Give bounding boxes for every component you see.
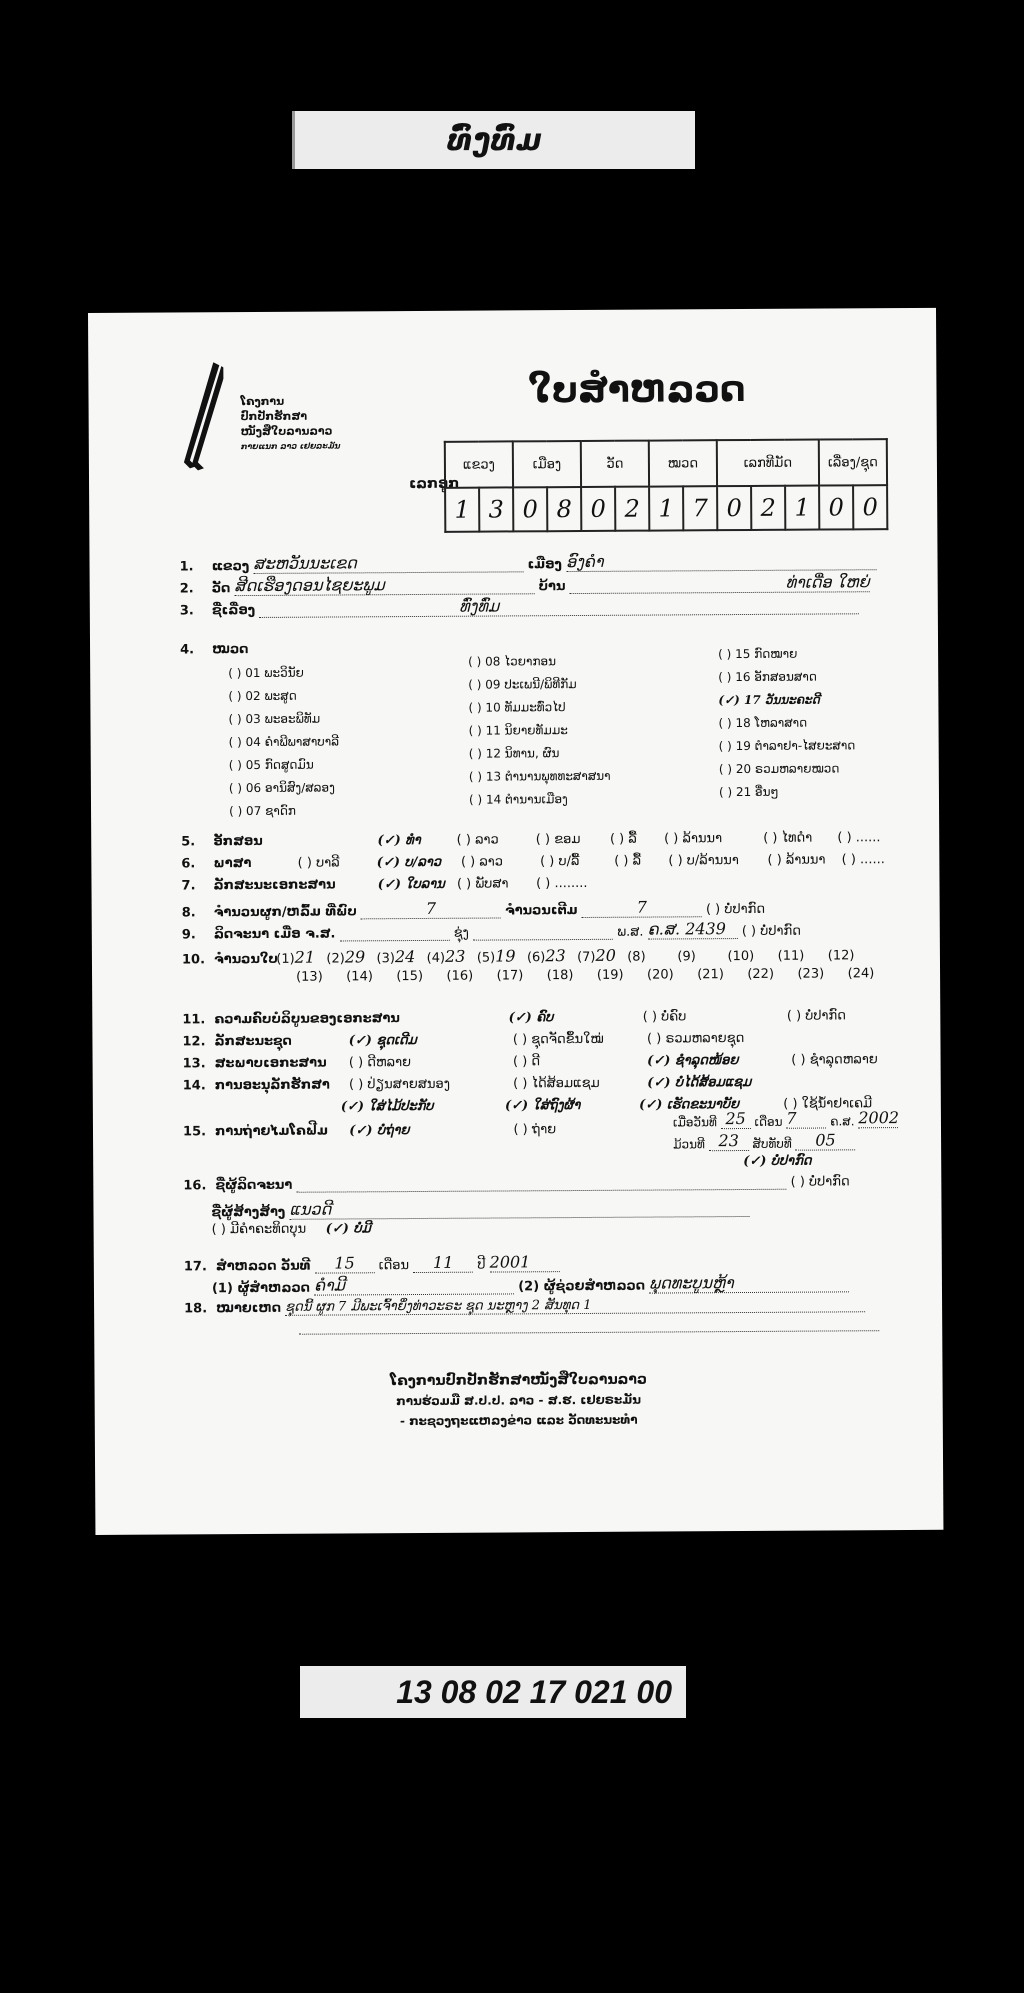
header-title: ທົ່ງທົ່ມ <box>447 123 542 158</box>
field-conservation-row: 14. ການອະນຸລັກຮັກສາ ( ) ປ່ຽນສາຍສນອງ ( ) … <box>183 1075 752 1093</box>
category-column-1: ( ) 01 ພະວິນັຍ ( ) 02 ພະສູດ ( ) 03 ພະອະພ… <box>228 661 339 823</box>
category-option[interactable]: ( ) 06 ອານິສົງ/ສລອງ <box>229 776 340 800</box>
category-column-3: ( ) 15 ກົດໝາຍ ( ) 16 ອັກສອນສາດ (✓) 17 ວັ… <box>718 642 856 804</box>
fascicles-original-field: 7 <box>582 897 702 918</box>
code-header-category: ໝວດ <box>649 440 717 486</box>
temple-field: ສີດເຮືອງດອນໄຊຍະພູມ <box>234 574 534 596</box>
category-option[interactable]: ( ) 09 ປະເພນີ/ພິທີກັມ <box>468 673 610 697</box>
district-field: ອົງຄຳ <box>566 550 876 572</box>
field-province-row: 1. ແຂວງ ສະຫວັນນະເຂດ ເມືອງ ອົງຄຳ <box>179 550 876 574</box>
survey-form-page: ໂຄງການ ປົກປັກຮັກສາ ໜັງສືໃບລານລາວ ກາຍແນກ … <box>88 308 943 1535</box>
code-digit: 3 <box>479 487 513 531</box>
code-header-province: ແຂວງ <box>445 441 513 487</box>
category-column-2: ( ) 08 ໄວຍາກອນ ( ) 09 ປະເພນີ/ພິທີກັມ ( )… <box>468 650 611 812</box>
category-option[interactable]: ( ) 02 ພະສູດ <box>228 684 339 708</box>
language-option[interactable]: ( ) ລ້ານນາ <box>767 852 837 867</box>
project-logo-text: ໂຄງການ ປົກປັກຮັກສາ ໜັງສືໃບລານລາວ ກາຍແນກ … <box>240 393 340 454</box>
category-option[interactable]: ( ) 18 ໂຫລາສາດ <box>718 711 855 735</box>
written-date-field: ຄ.ສ. 2439 <box>648 919 738 940</box>
condition-option[interactable]: ( ) ດີຫລາຍ <box>349 1054 509 1070</box>
code-digit: 1 <box>649 486 683 530</box>
code-header-temple: ວັດ <box>581 441 649 487</box>
code-digit: 0 <box>717 486 751 530</box>
language-option[interactable]: ( ) ລາວ <box>461 854 536 869</box>
code-table: ແຂວງ ເມືອງ ວັດ ໝວດ ເລກທີມັດ ເລື່ອງ/ຊຸດ 1… <box>444 438 889 533</box>
category-option[interactable]: ( ) 21 ອື່ນໆ <box>719 780 856 804</box>
remarks-field: ຊຸດນີ້ ຜູກ 7 ມີພະເຈົ້າຍຶ່ງທ່າວະຣະ ຊຸດ ນະ… <box>285 1296 865 1316</box>
survey-year-field: 2001 <box>490 1252 560 1272</box>
field-temple-row: 2. ວັດ ສີດເຮືອງດອນໄຊຍະພູມ ບ້ານ ທ່າເດື່ອ … <box>180 572 870 596</box>
field-microfilm-row: 15. ການຖ່າຍໄມໂຄຟີມ (✓) ບໍ່ຖ່າຍ ( ) ຖ່າຍ <box>183 1122 644 1140</box>
code-digit: 8 <box>547 487 581 531</box>
category-option[interactable]: ( ) 15 ກົດໝາຍ <box>718 642 855 666</box>
script-option[interactable]: ( ) ລາວ <box>457 832 532 847</box>
completeness-option[interactable]: ( ) ບໍ່ປາກົດ <box>787 1008 846 1023</box>
header-title-strip: ທົ່ງທົ່ມ <box>292 111 695 169</box>
category-option[interactable]: ( ) 01 ພະວິນັຍ <box>228 661 339 685</box>
microfilm-option[interactable]: ( ) ຖ່າຍ <box>513 1122 643 1138</box>
code-digit: 1 <box>785 486 819 530</box>
field-material-row: 7. ລັກສະນະເອກະສານ (✓) ໃບລານ ( ) ພັບສາ ( … <box>181 876 587 893</box>
field-leaves-row: 10. ຈຳນວນໃບ (1)21 (2)29 (3)24 (4)23 (5)1… <box>182 944 874 967</box>
completeness-option[interactable]: (✓) ຄົບ <box>509 1010 639 1026</box>
script-option[interactable]: ( ) ...... <box>837 830 880 845</box>
script-option[interactable]: (✓) ທຳ <box>377 833 452 848</box>
field-category-label: 4. ໝວດ <box>180 642 248 657</box>
title-field: ທົ່ງທົ່ມ <box>259 594 859 618</box>
script-option[interactable]: ( ) ລ້ານນາ <box>664 831 759 847</box>
category-option[interactable]: ( ) 08 ໄວຍາກອນ <box>468 650 610 674</box>
survey-month-field: 11 <box>413 1253 473 1273</box>
colophon-option[interactable]: ( ) ມີຄຳຄະທິດບຸນ <box>212 1222 322 1238</box>
language-option[interactable]: (✓) ບ/ລາວ <box>377 855 457 870</box>
material-option[interactable]: ( ) ........ <box>536 876 588 891</box>
document-title: ໃບສຳຫລວດ <box>528 369 745 411</box>
field-surveyors-row: (1) ຜູ້ສຳຫລວດ ຄຳມີ (2) ຜູ້ຊ່ວຍສຳຫລວດ ພຸດ… <box>212 1272 849 1296</box>
condition-option[interactable]: (✓) ຊຳລຸດໜ້ອຍ <box>647 1053 787 1069</box>
field-sponsor-row: ຊື່ຜູ້ສ້າງສ້າງ ແນວດີ <box>211 1197 749 1220</box>
field-leaves-row-2: (13) (14) (15) (16) (17) (18) (19) (20) … <box>296 966 894 985</box>
conservation-option[interactable]: (✓) ໃສ່ຖົງຜ້າ <box>505 1098 635 1114</box>
set-type-option[interactable]: ( ) ຣວມຫລາຍຊຸດ <box>647 1031 744 1047</box>
microfilm-reel-line: ມ້ວນທີ 23 ສັບທັບທີ 05 <box>673 1130 856 1151</box>
material-option[interactable]: (✓) ໃບລານ <box>378 877 453 892</box>
project-logo-icon <box>183 362 224 472</box>
field-script-row: 5. ອັກສອນ (✓) ທຳ ( ) ລາວ ( ) ຂອມ ( ) ລື້… <box>181 830 880 849</box>
set-type-option[interactable]: ( ) ຊຸດຈັດຂຶ້ນໃໝ່ <box>513 1032 643 1048</box>
script-option[interactable]: ( ) ລື້ <box>610 832 660 847</box>
field-colophon-row: ( ) ມີຄຳຄະທິດບຸນ (✓) ບໍ່ມີ <box>212 1221 371 1237</box>
survey-day-field: 15 <box>314 1253 374 1273</box>
remarks-line-2 <box>299 1316 879 1335</box>
category-option[interactable]: ( ) 12 ນິທານ, ຜົນ <box>469 742 611 766</box>
code-digit: 1 <box>445 488 479 532</box>
field-completeness-row: 11. ຄວາມຄົບບໍລິບູນຂອງເອກະສານ (✓) ຄົບ ( )… <box>182 1008 846 1027</box>
language-option[interactable]: ( ) ...... <box>842 852 885 867</box>
field-survey-date-row: 17. ສຳຫລວດ ວັນທີ 15 ເດືອນ 11 ປີ 2001 <box>184 1252 560 1274</box>
category-option[interactable]: ( ) 16 ອັກສອນສາດ <box>718 665 855 689</box>
code-digit: 0 <box>853 485 887 529</box>
language-option[interactable]: ( ) ບ/ລ້ານນາ <box>668 853 763 869</box>
conservation-option[interactable]: ( ) ໄດ້ສ້ອມແຊມ <box>513 1076 643 1092</box>
fascicles-found-field: 7 <box>361 898 501 919</box>
microfilm-option[interactable]: (✓) ບໍ່ຖ່າຍ <box>349 1122 509 1138</box>
code-header-bundle-no: ເລກທີມັດ <box>717 440 819 487</box>
script-option[interactable]: ( ) ໄທດຳ <box>763 830 833 845</box>
category-option[interactable]: ( ) 14 ຕຳນານເມືອງ <box>469 788 611 812</box>
reference-code-strip: 13 08 02 17 021 00 <box>300 1666 686 1718</box>
fascicles-unknown-option[interactable]: ( ) ບໍ່ປາກົດ <box>706 902 765 917</box>
language-option[interactable]: ( ) ບ/ລື້ <box>540 854 610 869</box>
completeness-option[interactable]: ( ) ບໍ່ຄົບ <box>643 1009 783 1025</box>
set-type-option[interactable]: (✓) ຊຸດເດີມ <box>349 1032 509 1048</box>
category-option[interactable]: ( ) 13 ຕຳນານພຸທທະສາສນາ <box>469 765 611 789</box>
written-date-unknown-option[interactable]: ( ) ບໍ່ປາກົດ <box>742 924 801 939</box>
sponsor-field: ແນວດີ <box>289 1197 749 1220</box>
reference-code: 13 08 02 17 021 00 <box>396 1674 672 1711</box>
village-field: ທ່າເດື່ອ ໃຫຍ່ <box>570 572 870 594</box>
conservation-option[interactable]: (✓) ໃສ່ໄມ້ປະກັບ <box>341 1098 501 1114</box>
field-fascicles-row: 8. ຈຳນວນຜູກ/ຫລົ້ມ ທີ່ພົບ 7 ຈຳນວນເຕີມ 7 (… <box>182 897 765 921</box>
category-option[interactable]: ( ) 19 ຕຳລາຢາ-ໄສຍະສາດ <box>719 734 856 758</box>
category-option[interactable]: ( ) 05 ກົດສູດມົນ <box>229 753 340 777</box>
category-option[interactable]: ( ) 20 ຣວມຫລາຍໝວດ <box>719 757 856 781</box>
category-option-selected[interactable]: (✓) 17 ວັນນະຄະດີ <box>718 688 855 712</box>
code-digit: 0 <box>513 487 547 531</box>
scribe-unknown-option-2[interactable]: ( ) ບໍ່ປາກົດ <box>791 1174 850 1189</box>
field-written-date-row: 9. ລິດຈະນາ ເມື່ອ ຈ.ສ. ຊຸ່ງ ພ.ສ. ຄ.ສ. 243… <box>182 919 801 943</box>
form-footer: ໂຄງການປົກປັກຮັກສາໜັງສືໃບລານລາວ ການຮ່ວມມື… <box>94 1368 942 1433</box>
condition-option[interactable]: ( ) ຊຳລຸດຫລາຍ <box>791 1052 878 1068</box>
surveyor-field: ຄຳມີ <box>314 1274 514 1295</box>
language-option[interactable]: ( ) ບາລີ <box>298 855 373 870</box>
province-field: ສະຫວັນນະເຂດ <box>253 552 523 574</box>
category-option[interactable]: ( ) 11 ນິຍາຍທັມມະ <box>468 719 610 743</box>
field-set-type-row: 12. ລັກສະນະຊຸດ (✓) ຊຸດເດີມ ( ) ຊຸດຈັດຂຶ້… <box>182 1031 744 1049</box>
condition-option[interactable]: ( ) ດີ <box>513 1054 643 1070</box>
category-option[interactable]: ( ) 03 ພະອະພິທັມ <box>228 707 339 731</box>
microfilm-date-line: ເມື່ອວັນທີ 25 ເດືອນ 7 ຄ.ສ. 2002 <box>673 1108 898 1129</box>
code-digit: 0 <box>581 487 615 531</box>
category-option[interactable]: ( ) 04 ຄຳພີພາສາບາລີ <box>229 730 340 754</box>
conservation-option[interactable]: (✓) ບໍ່ໄດ້ສ້ອມແຊມ <box>647 1075 751 1091</box>
scribe-unknown-option[interactable]: (✓) ບໍ່ປາກົດ <box>743 1154 811 1169</box>
category-option[interactable]: ( ) 07 ຊາດົກ <box>229 799 340 823</box>
field-condition-row: 13. ສະພາບເອກະສານ ( ) ດີຫລາຍ ( ) ດີ (✓) ຊ… <box>183 1052 878 1071</box>
code-header-district: ເມືອງ <box>513 441 581 487</box>
field-scribe-row: 16. ຊື່ຜູ້ລິດຈະນາ ( ) ບໍ່ປາກົດ <box>183 1174 849 1193</box>
code-header-title-set: ເລື່ອງ/ຊຸດ <box>819 439 887 485</box>
field-language-row: 6. ພາສາ ( ) ບາລີ (✓) ບ/ລາວ ( ) ລາວ ( ) ບ… <box>181 852 885 871</box>
conservation-option[interactable]: ( ) ປ່ຽນສາຍສນອງ <box>349 1076 509 1092</box>
field-title-row: 3. ຊື່ເລື່ອງ ທົ່ງທົ່ມ <box>180 594 860 618</box>
script-option[interactable]: ( ) ຂອມ <box>536 832 606 847</box>
colophon-option[interactable]: (✓) ບໍ່ມີ <box>326 1221 371 1236</box>
code-digit: 2 <box>751 486 785 530</box>
assistant-surveyor-field: ພຸດທະບູນຫຼ້າ <box>649 1272 849 1293</box>
material-option[interactable]: ( ) ພັບສາ <box>457 876 532 891</box>
code-digit: 7 <box>683 486 717 530</box>
scribe-field <box>297 1189 787 1193</box>
category-option[interactable]: ( ) 10 ທັມມະທົ່ວໄປ <box>468 696 610 720</box>
language-option[interactable]: ( ) ລື້ <box>614 853 664 868</box>
code-digit: 2 <box>615 487 649 531</box>
field-remarks-row: 18. ໝາຍເຫດ ຊຸດນີ້ ຜູກ 7 ມີພະເຈົ້າຍຶ່ງທ່າ… <box>184 1296 865 1316</box>
code-digit: 0 <box>819 485 853 529</box>
